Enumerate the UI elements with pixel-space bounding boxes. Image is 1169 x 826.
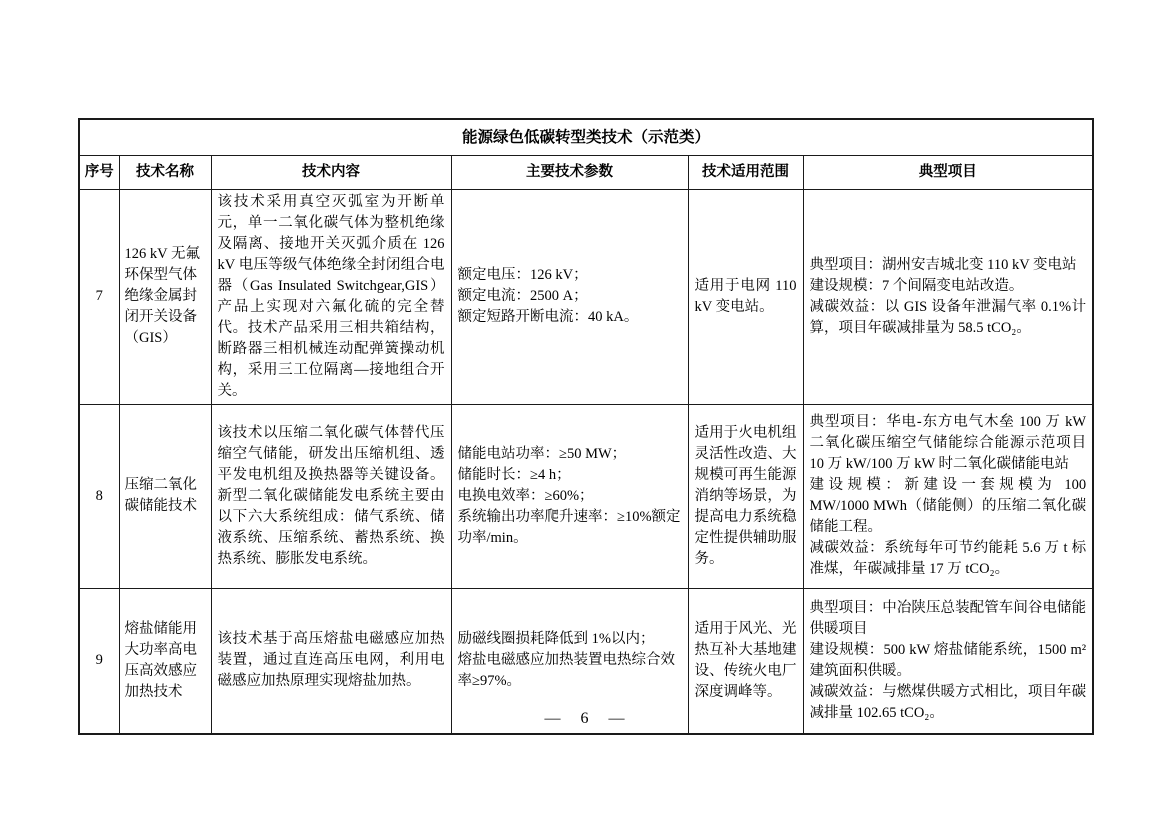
- column-header-tech-content: 技术内容: [211, 155, 451, 189]
- cell-serial-number: 8: [79, 404, 119, 588]
- document-page: 能源绿色低碳转型类技术（示范类） 序号 技术名称 技术内容 主要技术参数 技术适…: [0, 0, 1169, 826]
- table-header-row: 序号 技术名称 技术内容 主要技术参数 技术适用范围 典型项目: [79, 155, 1093, 189]
- table-row: 8 压缩二氧化碳储能技术 该技术以压缩二氧化碳气体替代压缩空气储能，研发出压缩机…: [79, 404, 1093, 588]
- column-header-scope: 技术适用范围: [688, 155, 803, 189]
- cell-scope: 适用于火电机组灵活性改造、大规模可再生能源消纳等场景，为提高电力系统稳定性提供辅…: [688, 404, 803, 588]
- cell-tech-content: 该技术以压缩二氧化碳气体替代压缩空气储能，研发出压缩机组、透平发电机组及换热器等…: [211, 404, 451, 588]
- page-number: — 6 —: [0, 710, 1169, 728]
- cell-serial-number: 7: [79, 189, 119, 404]
- cell-tech-params: 储能电站功率：≥50 MW； 储能时长：≥4 h； 电换电效率：≥60%； 系统…: [451, 404, 688, 588]
- column-header-tech-name: 技术名称: [119, 155, 211, 189]
- cell-scope: 适用于电网 110 kV 变电站。: [688, 189, 803, 404]
- cell-typical-project: 典型项目：华电-东方电气木垒 100 万 kW 二氧化碳压缩空气储能综合能源示范…: [803, 404, 1093, 588]
- column-header-tech-params: 主要技术参数: [451, 155, 688, 189]
- table-title: 能源绿色低碳转型类技术（示范类）: [79, 119, 1093, 155]
- cell-tech-params: 额定电压：126 kV； 额定电流：2500 A； 额定短路开断电流：40 kA…: [451, 189, 688, 404]
- technology-table: 能源绿色低碳转型类技术（示范类） 序号 技术名称 技术内容 主要技术参数 技术适…: [78, 118, 1094, 735]
- column-header-serial: 序号: [79, 155, 119, 189]
- table-row: 7 126 kV 无氟环保型气体绝缘金属封闭开关设备（GIS） 该技术采用真空灭…: [79, 189, 1093, 404]
- cell-tech-content: 该技术采用真空灭弧室为开断单元，单一二氧化碳气体为整机绝缘及隔离、接地开关灭弧介…: [211, 189, 451, 404]
- cell-tech-name: 压缩二氧化碳储能技术: [119, 404, 211, 588]
- column-header-typical-project: 典型项目: [803, 155, 1093, 189]
- cell-tech-name: 126 kV 无氟环保型气体绝缘金属封闭开关设备（GIS）: [119, 189, 211, 404]
- cell-typical-project: 典型项目：湖州安吉城北变 110 kV 变电站 建设规模：7 个间隔变电站改造。…: [803, 189, 1093, 404]
- table-title-row: 能源绿色低碳转型类技术（示范类）: [79, 119, 1093, 155]
